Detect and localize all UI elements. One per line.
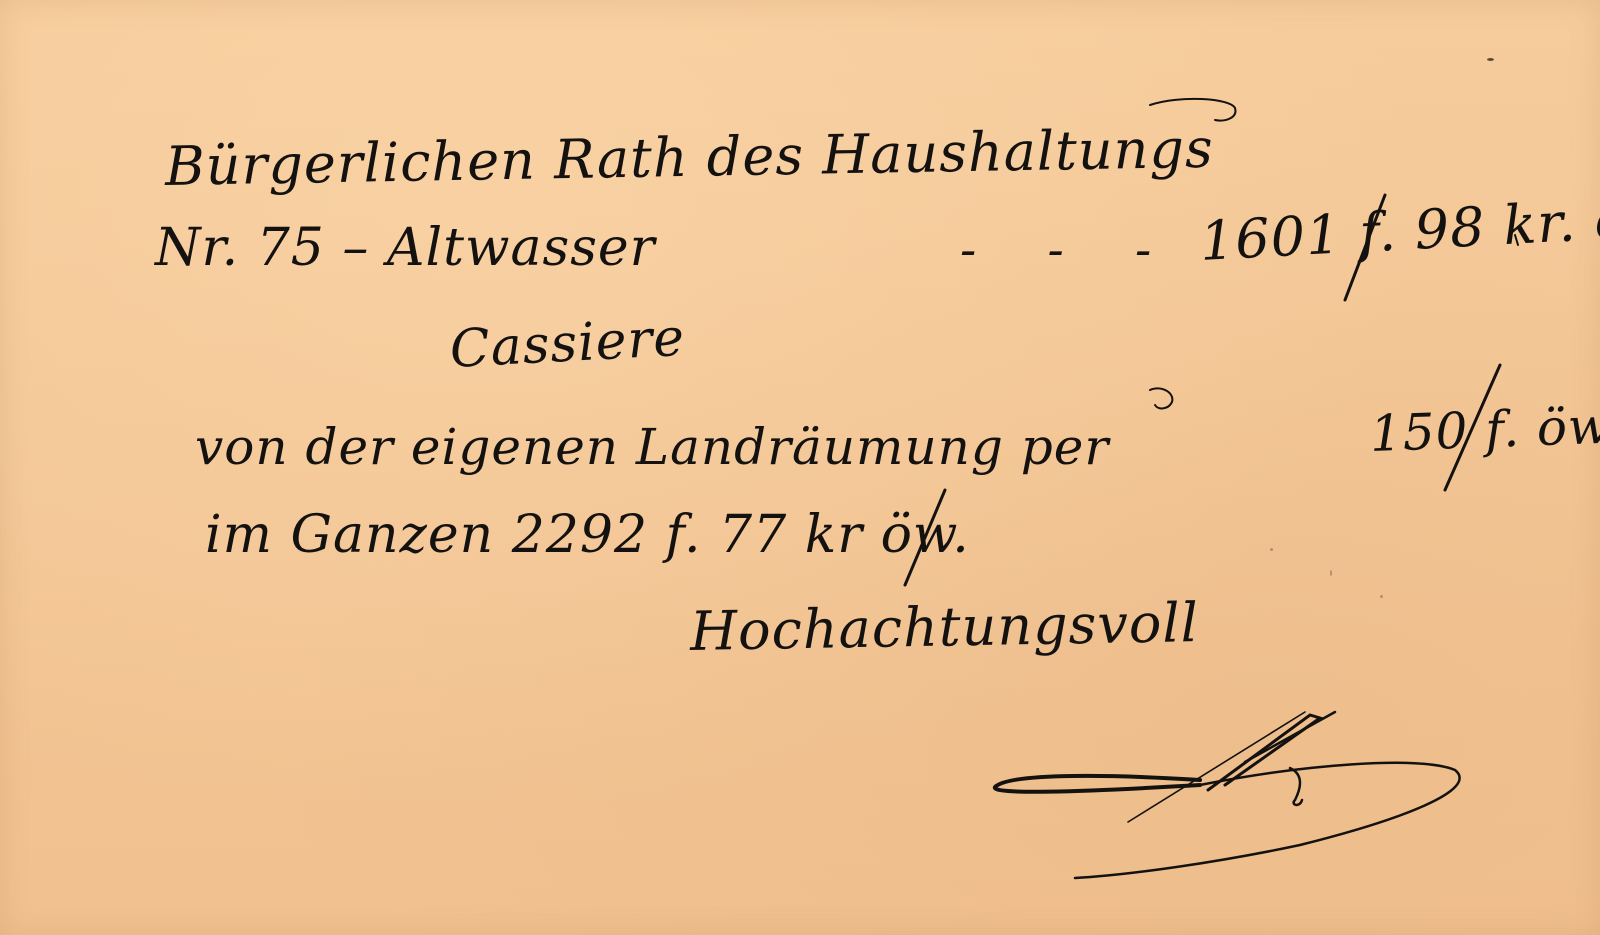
ink-speck — [1270, 548, 1273, 551]
total-line: im Ganzen 2292 f. 77 kr öw. — [205, 505, 970, 565]
ink-speck — [1330, 570, 1332, 576]
item-line: Nr. 75 – Altwasser — [155, 218, 656, 278]
cassier-line: Cassiere — [448, 308, 686, 380]
ink-speck — [1380, 595, 1383, 598]
postcard: Bürgerlichen Rath des Haushaltungs Nr. 7… — [0, 0, 1600, 935]
closing-salutation: Hochachtungsvoll — [689, 591, 1199, 663]
ink-speck — [1487, 58, 1494, 61]
item-amount: 1601 f. 98 kr. öw. — [1198, 185, 1600, 273]
landraeumung-amount: 150 f. öw — [1369, 397, 1600, 463]
leader-dashes: - - - — [960, 222, 1179, 278]
landraeumung-line: von der eigenen Landräumung per — [195, 418, 1109, 476]
address-line: Bürgerlichen Rath des Haushaltungs — [164, 117, 1214, 198]
